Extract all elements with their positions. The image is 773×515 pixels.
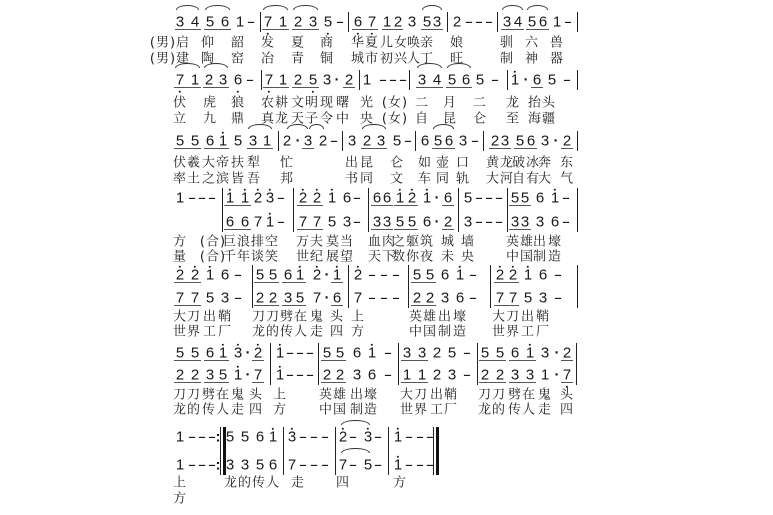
octave-dot-below: [312, 90, 314, 92]
lyric-syllable: 轨: [456, 172, 470, 187]
beam-underline: [302, 148, 314, 149]
augmentation-dot: ·: [335, 73, 340, 88]
note-extension-dash: -: [374, 430, 383, 445]
barline: [507, 70, 508, 90]
slur-arc: [417, 63, 442, 68]
lyric-syllable: 伏: [173, 96, 187, 111]
lyric-syllable: 月: [443, 96, 457, 111]
note: 7: [191, 291, 199, 306]
lyric-syllable: 制: [533, 250, 547, 265]
lyric-syllable: 鞘: [218, 310, 232, 325]
note: 6: [269, 458, 277, 473]
beam-underline: [174, 305, 201, 306]
note-extension-dash: -: [491, 73, 500, 88]
lyric-syllable: 大帝: [202, 156, 230, 171]
note-extension-dash: -: [485, 191, 494, 206]
note: 6: [241, 215, 249, 230]
lyric-syllable: 龙的: [252, 325, 280, 340]
note: 2: [294, 73, 302, 88]
note: 7: [176, 73, 184, 88]
note: 5: [476, 73, 484, 88]
beam-underline: [526, 29, 549, 30]
note: 2: [176, 268, 184, 283]
note: 6: [421, 134, 429, 149]
note: 5: [426, 268, 434, 283]
beam-underline: [174, 360, 201, 361]
lyric-syllable: 奔: [538, 156, 552, 171]
note-extension-dash: -: [246, 73, 255, 88]
note-extension-dash: -: [374, 458, 383, 473]
note: 7: [288, 458, 296, 473]
note: 6: [445, 134, 453, 149]
note-extension-dash: -: [485, 215, 494, 230]
lyric-syllable: 车: [418, 172, 432, 187]
note: 3: [503, 15, 511, 30]
note: 4: [514, 15, 522, 30]
lyric-syllable: 口: [456, 156, 470, 171]
note: 2: [336, 368, 344, 383]
lyric-syllable: 大刀: [173, 310, 201, 325]
note: 7: [254, 215, 262, 230]
note: 1: [206, 268, 214, 283]
note: 5: [481, 346, 489, 361]
note: 2: [413, 291, 421, 306]
lyric-syllable: 娘: [450, 36, 464, 51]
lyric-syllable: 气: [560, 172, 574, 187]
note-extension-dash: -: [353, 191, 362, 206]
note: 1: [363, 73, 371, 88]
note: 3: [266, 191, 274, 206]
note-extension-dash: -: [299, 430, 308, 445]
note: 3: [501, 134, 509, 149]
slur-arc: [422, 5, 442, 10]
note: 7: [265, 73, 273, 88]
barline: [483, 131, 484, 151]
beam-underline: [411, 282, 436, 283]
note: 6: [511, 346, 519, 361]
note: 7: [368, 15, 376, 30]
note-extension-dash: -: [475, 215, 484, 230]
beam-underline: [174, 87, 201, 88]
beam-underline: [263, 87, 289, 88]
lyric-syllable: 书: [345, 172, 359, 187]
lyric-syllable: 传人: [202, 403, 230, 418]
barline: [507, 188, 508, 232]
slur-arc: [433, 124, 454, 129]
note: 5: [434, 134, 442, 149]
note: 6: [343, 191, 351, 206]
note-extension-dash: -: [349, 458, 358, 473]
note: 1: [383, 15, 391, 30]
note: 4: [191, 15, 199, 30]
lyric-syllable: 鬼: [310, 310, 324, 325]
lyric-syllable: (男): [150, 36, 176, 51]
barline: [318, 343, 319, 385]
note: 6: [368, 368, 376, 383]
lyric-syllable: 制: [438, 325, 452, 340]
note: 3: [403, 346, 411, 361]
lyric-syllable: 忙: [280, 156, 294, 171]
note: 1: [396, 191, 404, 206]
lyric-syllable: 文: [390, 172, 404, 187]
note-extension-dash: -: [330, 134, 339, 149]
note: 1: [333, 268, 341, 283]
augmentation-dot: ·: [554, 134, 559, 149]
beam-underline: [331, 282, 343, 283]
note: 3: [304, 134, 312, 149]
note-extension-dash: -: [554, 291, 563, 306]
note: 3: [288, 430, 296, 445]
lyric-syllable: 中国: [409, 325, 437, 340]
note-extension-dash: -: [188, 458, 197, 473]
lyric-syllable: 方: [393, 476, 407, 491]
lyric-syllable: 上: [351, 310, 365, 325]
note: 5: [413, 268, 421, 283]
note: 1: [234, 368, 242, 383]
note: 2: [408, 191, 416, 206]
note: 2: [354, 268, 362, 283]
note: 7: [299, 215, 307, 230]
note: 6: [234, 73, 242, 88]
note: 6: [226, 215, 234, 230]
note: 3: [377, 134, 385, 149]
lyric-syllable: 造: [548, 250, 562, 265]
note: 3: [309, 15, 317, 30]
lyric-syllable: 海疆: [528, 112, 556, 127]
lyric-syllable: 二: [473, 96, 487, 111]
augmentation-dot: ·: [435, 191, 440, 206]
slur-arc: [447, 63, 471, 68]
beam-underline: [175, 29, 201, 30]
beam-underline: [262, 29, 289, 30]
lyric-syllable: 央: [461, 250, 475, 265]
lyric-syllable: 谈笑: [251, 250, 279, 265]
note: 6: [373, 191, 381, 206]
lyric-syllable: 东: [560, 156, 574, 171]
note: 3: [408, 15, 416, 30]
note: 1: [553, 15, 561, 30]
note: 1: [368, 346, 376, 361]
note: 1: [551, 191, 559, 206]
note: 2: [323, 368, 331, 383]
beam-underline: [489, 148, 511, 149]
note: 6: [353, 346, 361, 361]
lyric-syllable: 走: [231, 403, 245, 418]
lyric-syllable: 头: [330, 310, 344, 325]
octave-dot-below: [371, 32, 373, 34]
note: 5: [408, 215, 416, 230]
note: 6: [206, 134, 214, 149]
lyric-syllable: 大刀: [492, 310, 520, 325]
note-extension-dash: -: [188, 191, 197, 206]
lyric-syllable: 数你: [392, 250, 420, 265]
note: 3: [234, 346, 242, 361]
note: 2: [563, 346, 571, 361]
beam-underline: [509, 205, 531, 206]
note: 3: [511, 215, 519, 230]
note-extension-dash: -: [198, 458, 207, 473]
lyric-syllable: 文明: [291, 96, 319, 111]
note: 2: [313, 191, 321, 206]
lyric-syllable: 夏: [291, 36, 305, 51]
barline: [415, 131, 416, 151]
note: 3: [249, 134, 257, 149]
barline: [359, 70, 360, 90]
note-extension-dash: -: [562, 191, 571, 206]
lyric-syllable: 出鞘: [430, 388, 458, 403]
lyric-syllable: 上: [273, 388, 287, 403]
note-extension-dash: -: [234, 268, 243, 283]
lyric-syllable: 城市: [351, 52, 379, 67]
note-extension-dash: -: [198, 191, 207, 206]
augmentation-dot: ·: [325, 268, 330, 283]
note: 3: [433, 15, 441, 30]
beam-underline: [442, 205, 454, 206]
note: 5: [226, 430, 234, 445]
note: 1: [524, 268, 532, 283]
lyric-syllable: 令: [320, 112, 334, 127]
note: 3: [221, 291, 229, 306]
lyric-syllable: 莫当: [326, 235, 354, 250]
note-extension-dash: -: [379, 73, 388, 88]
lyric-syllable: 冶: [261, 52, 275, 67]
beam-underline: [416, 87, 443, 88]
note-extension-dash: -: [554, 268, 563, 283]
note-extension-dash: -: [384, 368, 393, 383]
note: 2: [339, 430, 347, 445]
barline: [477, 343, 478, 385]
lyric-syllable: 城: [441, 235, 455, 250]
note: 1: [176, 458, 184, 473]
beam-underline: [382, 29, 403, 30]
note-extension-dash: -: [296, 368, 305, 383]
beam-underline: [204, 29, 231, 30]
lyric-syllable: 龙的传人: [224, 476, 280, 491]
note: 6: [221, 268, 229, 283]
lyric-syllable: 商: [320, 36, 334, 51]
note: 1: [269, 430, 277, 445]
slur-arc: [248, 124, 272, 129]
note: 1: [266, 215, 274, 230]
lyric-syllable: 自: [415, 112, 429, 127]
lyric-syllable: 鼎: [231, 112, 245, 127]
note: 2: [319, 134, 327, 149]
note: 3: [176, 15, 184, 30]
lyric-syllable: 墙: [461, 235, 475, 250]
repeat-end-barline: [223, 427, 226, 475]
lyric-syllable: 刀刀: [252, 310, 280, 325]
note: 2: [496, 368, 504, 383]
lyric-syllable: 出: [345, 156, 359, 171]
note: 6: [444, 191, 452, 206]
note: 3: [536, 215, 544, 230]
lyric-syllable: 狼: [231, 96, 245, 111]
note: 5: [423, 15, 431, 30]
note: 2: [444, 215, 452, 230]
note: 3: [526, 368, 534, 383]
beam-underline: [174, 148, 201, 149]
lyric-syllable: 驯: [500, 36, 514, 51]
lyric-syllable: 扶: [231, 156, 245, 171]
octave-dot-below: [357, 32, 359, 34]
lyric-syllable: 量: [173, 250, 187, 265]
note: 6: [441, 268, 449, 283]
note: 2: [299, 191, 307, 206]
note: 3: [418, 346, 426, 361]
note: 5: [336, 346, 344, 361]
note: 1: [276, 346, 284, 361]
note-extension-dash: -: [310, 458, 319, 473]
lyric-syllable: 仰: [201, 36, 215, 51]
jianpu-score: 34561-71235-67123532---34561-(男)启仰韶发夏商华夏…: [0, 0, 773, 515]
octave-dot-below: [268, 90, 270, 92]
beam-underline: [561, 148, 573, 149]
note: 3: [343, 215, 351, 230]
final-barline: [433, 427, 434, 475]
augmentation-dot: ·: [555, 368, 560, 383]
note-extension-dash: -: [310, 430, 319, 445]
beam-underline: [494, 305, 519, 306]
lyric-syllable: 之滨: [202, 172, 230, 187]
beam-underline: [282, 305, 306, 306]
note-extension-dash: -: [368, 291, 377, 306]
lyric-syllable: 展望: [326, 250, 354, 265]
lyric-syllable: 出: [203, 310, 217, 325]
barline: [342, 131, 343, 151]
lyric-syllable: 方: [173, 492, 187, 507]
beam-underline: [282, 282, 306, 283]
note-extension-dash: -: [392, 291, 401, 306]
lyric-syllable: 中国: [319, 403, 347, 418]
lyric-syllable: 大刀: [400, 388, 428, 403]
note-extension-dash: -: [475, 191, 484, 206]
lyric-syllable: 虎: [203, 96, 217, 111]
note-extension-dash: -: [471, 134, 480, 149]
beam-underline: [297, 205, 323, 206]
slur-arc: [341, 420, 370, 425]
beam-underline: [531, 87, 543, 88]
note-extension-dash: -: [475, 15, 484, 30]
note: 2: [254, 191, 262, 206]
beam-underline: [203, 87, 229, 88]
note: 3: [541, 346, 549, 361]
beam-underline: [479, 382, 506, 383]
barline: [577, 70, 578, 90]
note-extension-dash: -: [380, 291, 389, 306]
lyric-syllable: 吾: [247, 172, 261, 187]
note: 1: [263, 134, 271, 149]
lyric-syllable: 出: [438, 310, 452, 325]
note: 6: [354, 15, 362, 30]
beam-underline: [204, 360, 229, 361]
note: 5: [241, 430, 249, 445]
lyric-syllable: 传人: [508, 403, 536, 418]
lyric-syllable: 头: [560, 388, 574, 403]
beam-underline: [494, 282, 519, 283]
note: 6: [221, 15, 229, 30]
lyric-syllable: 鬼: [231, 388, 245, 403]
note: 5: [511, 191, 519, 206]
beam-underline: [432, 148, 455, 149]
lyric-syllable: 英雄: [409, 310, 437, 325]
lyric-syllable: 仑: [390, 156, 404, 171]
note: 6: [551, 215, 559, 230]
slur-arc: [293, 5, 318, 10]
note: 1: [226, 191, 234, 206]
barline: [458, 188, 459, 232]
lyric-syllable: 英雄: [319, 388, 347, 403]
lyric-syllable: 九: [203, 112, 217, 127]
barline: [260, 12, 261, 32]
lyric-syllable: 刀刀: [478, 388, 506, 403]
note: 3: [284, 291, 292, 306]
note-extension-dash: -: [208, 191, 217, 206]
note: 2: [453, 15, 461, 30]
note: 3: [323, 73, 331, 88]
barline: [368, 188, 369, 232]
note: 6: [539, 15, 547, 30]
barline: [577, 131, 578, 151]
beam-underline: [509, 382, 536, 383]
lyric-syllable: 六: [525, 36, 539, 51]
note-extension-dash: -: [306, 368, 315, 383]
lyric-syllable: 传人: [280, 325, 308, 340]
lyric-syllable: 昆: [360, 156, 374, 171]
note: 5: [396, 215, 404, 230]
note: 2: [283, 134, 291, 149]
note: 2: [345, 73, 353, 88]
note-extension-dash: -: [463, 368, 472, 383]
note: 4: [433, 73, 441, 88]
lyric-syllable: 犁: [247, 156, 261, 171]
barline: [490, 265, 491, 308]
beam-underline: [401, 360, 428, 361]
note: 3: [383, 215, 391, 230]
barline: [283, 427, 284, 475]
lyric-syllable: 同: [360, 172, 374, 187]
lyric-syllable: 壶: [436, 156, 450, 171]
augmentation-dot: ·: [296, 134, 301, 149]
lyric-syllable: 千年: [223, 250, 251, 265]
note: 2: [563, 134, 571, 149]
note: 1: [176, 191, 184, 206]
lyric-syllable: 发: [261, 36, 275, 51]
lyric-syllable: 如: [418, 156, 432, 171]
note-extension-dash: -: [296, 346, 305, 361]
lyric-syllable: 破冰: [512, 156, 540, 171]
note: 7: [176, 291, 184, 306]
note: 7: [254, 368, 262, 383]
note: 5: [448, 73, 456, 88]
barline: [577, 12, 578, 32]
beam-underline: [514, 148, 537, 149]
note: 1: [276, 368, 284, 383]
barline: [576, 343, 577, 385]
note: 3: [448, 368, 456, 383]
note: 7: [354, 291, 362, 306]
beam-underline: [561, 382, 573, 383]
note: 1: [191, 73, 199, 88]
note: 5: [269, 268, 277, 283]
barline: [408, 265, 409, 308]
note: 2: [191, 368, 199, 383]
barline: [398, 343, 399, 385]
note-extension-dash: -: [234, 291, 243, 306]
note: 5: [496, 346, 504, 361]
note-extension-dash: -: [306, 346, 315, 361]
lyric-syllable: 壕: [548, 235, 562, 250]
barline: [577, 265, 578, 308]
